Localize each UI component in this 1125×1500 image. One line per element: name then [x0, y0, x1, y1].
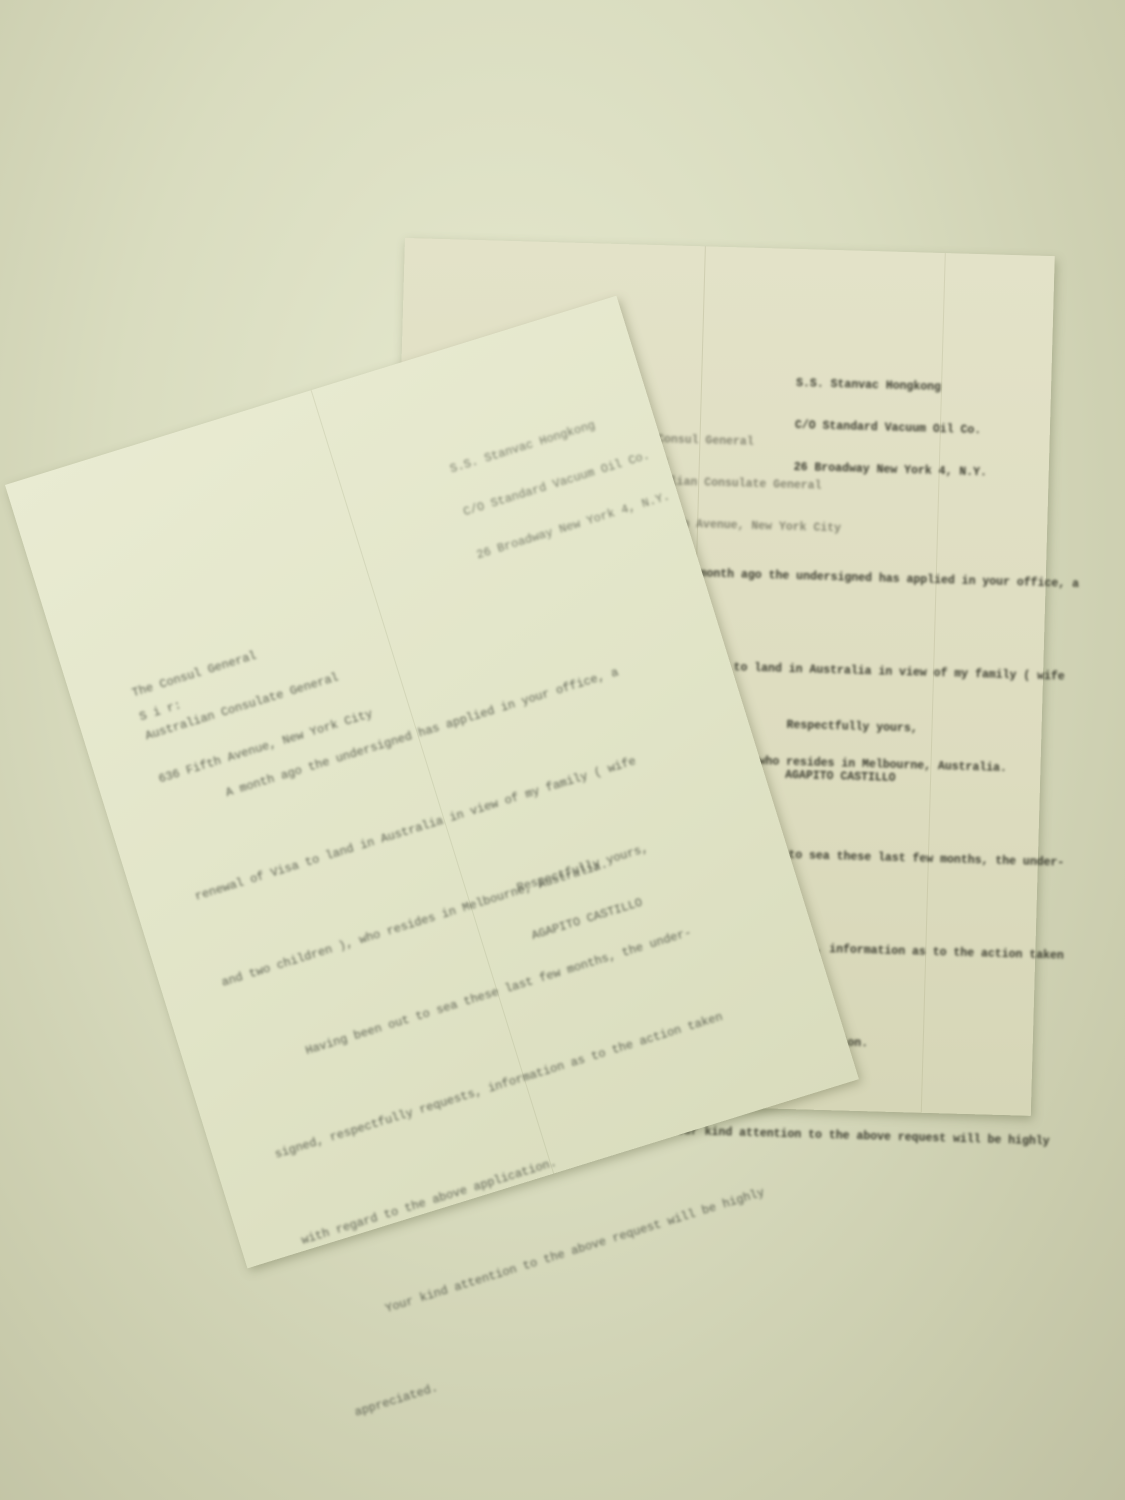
sender-address: S.S. Stanvac Hongkong C/O Standard Vacuu… [439, 375, 680, 592]
letter-body: A month ago the undersigned has applied … [147, 600, 827, 1484]
